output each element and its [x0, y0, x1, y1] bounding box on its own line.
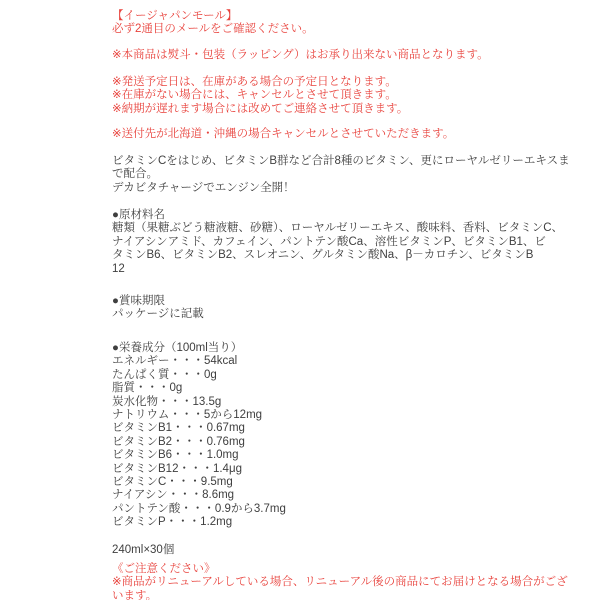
mall-notice-text: 必ず2通目のメールをご確認ください。	[112, 23, 314, 36]
nutrition-vitamin-b2: ビタミンB2・・・0.76mg	[112, 436, 286, 449]
caution-text-line: います。	[112, 590, 568, 600]
expiry-text: パッケージに記載	[112, 308, 204, 321]
nutrition-carbs: 炭水化物・・・13.5g	[112, 396, 286, 409]
nutrition-niacin: ナイアシン・・・8.6mg	[112, 489, 286, 502]
product-slogan: デカビタチャージでエンジン全開！	[112, 182, 570, 195]
nutrition-pantothenic-acid: パントテン酸・・・0.9から3.7mg	[112, 503, 286, 516]
item-description-page: 【イージャパンモール】 必ず2通目のメールをご確認ください。 ※本商品は熨斗・包…	[0, 0, 600, 600]
wrapping-notice-section: ※本商品は熨斗・包装（ラッピング）はお承り出来ない商品となります。	[112, 49, 489, 62]
caution-text-line: ※商品がリニューアルしている場合、リニューアル後の商品にてお届けとなる場合がござ	[112, 576, 568, 589]
expiry-heading: ●賞味期限	[112, 295, 204, 308]
shipping-notice-text: ※発送予定日は、在庫がある場合の予定日となります。	[112, 76, 408, 89]
wrapping-notice-text: ※本商品は熨斗・包装（ラッピング）はお承り出来ない商品となります。	[112, 49, 489, 62]
product-copy-line: で配合。	[112, 168, 570, 181]
product-copy-line: ビタミンCをはじめ、ビタミンB群など合計8種のビタミン、更にローヤルゼリーエキス…	[112, 155, 570, 168]
ingredients-line: タミンB6、ビタミンB2、スレオニン、グルタミン酸Na、β－カロチン、ビタミンB	[112, 249, 563, 262]
ingredients-line: 糖類（果糖ぶどう糖液糖、砂糖）、ローヤルゼリーエキス、酸味料、香料、ビタミンC、	[112, 222, 563, 235]
renewal-caution-section: 《ご注意ください》 ※商品がリニューアルしている場合、リニューアル後の商品にてお…	[112, 563, 568, 600]
volume-text: 240ml×30個	[112, 544, 174, 557]
expiry-section: ●賞味期限 パッケージに記載	[112, 295, 204, 322]
region-cancel-text: ※送付先が北海道・沖縄の場合キャンセルとさせていただきます。	[112, 128, 454, 141]
mall-notice-section: 【イージャパンモール】 必ず2通目のメールをご確認ください。	[112, 10, 314, 37]
volume-section: 240ml×30個	[112, 544, 174, 557]
ingredients-heading: ●原材料名	[112, 209, 563, 222]
nutrition-sodium: ナトリウム・・・5から12mg	[112, 409, 286, 422]
nutrition-heading: ●栄養成分（100ml当り）	[112, 342, 286, 355]
stock-cancel-text: ※在庫がない場合には、キャンセルとさせて頂きます。	[112, 89, 408, 102]
region-cancel-section: ※送付先が北海道・沖縄の場合キャンセルとさせていただきます。	[112, 128, 454, 141]
nutrition-vitamin-c: ビタミンC・・・9.5mg	[112, 476, 286, 489]
delay-contact-text: ※納期が遅れます場合には改めてご連絡させて頂きます。	[112, 103, 408, 116]
nutrition-fat: 脂質・・・0g	[112, 382, 286, 395]
nutrition-vitamin-b12: ビタミンB12・・・1.4μg	[112, 463, 286, 476]
ingredients-line: ナイアシンアミド、カフェイン、パントテン酸Ca、溶性ビタミンP、ビタミンB1、ビ	[112, 236, 563, 249]
product-copy-section: ビタミンCをはじめ、ビタミンB群など合計8種のビタミン、更にローヤルゼリーエキス…	[112, 155, 570, 195]
ingredients-line: 12	[112, 263, 563, 276]
mall-notice-title: 【イージャパンモール】	[112, 10, 314, 23]
nutrition-section: ●栄養成分（100ml当り） エネルギー・・・54kcal たんぱく質・・・0g…	[112, 342, 286, 529]
caution-heading: 《ご注意ください》	[112, 563, 568, 576]
nutrition-energy: エネルギー・・・54kcal	[112, 355, 286, 368]
nutrition-vitamin-b6: ビタミンB6・・・1.0mg	[112, 449, 286, 462]
ingredients-section: ●原材料名 糖類（果糖ぶどう糖液糖、砂糖）、ローヤルゼリーエキス、酸味料、香料、…	[112, 209, 563, 276]
nutrition-vitamin-b1: ビタミンB1・・・0.67mg	[112, 422, 286, 435]
shipping-notice-section: ※発送予定日は、在庫がある場合の予定日となります。 ※在庫がない場合には、キャン…	[112, 76, 408, 116]
nutrition-vitamin-p: ビタミンP・・・1.2mg	[112, 516, 286, 529]
nutrition-protein: たんぱく質・・・0g	[112, 369, 286, 382]
